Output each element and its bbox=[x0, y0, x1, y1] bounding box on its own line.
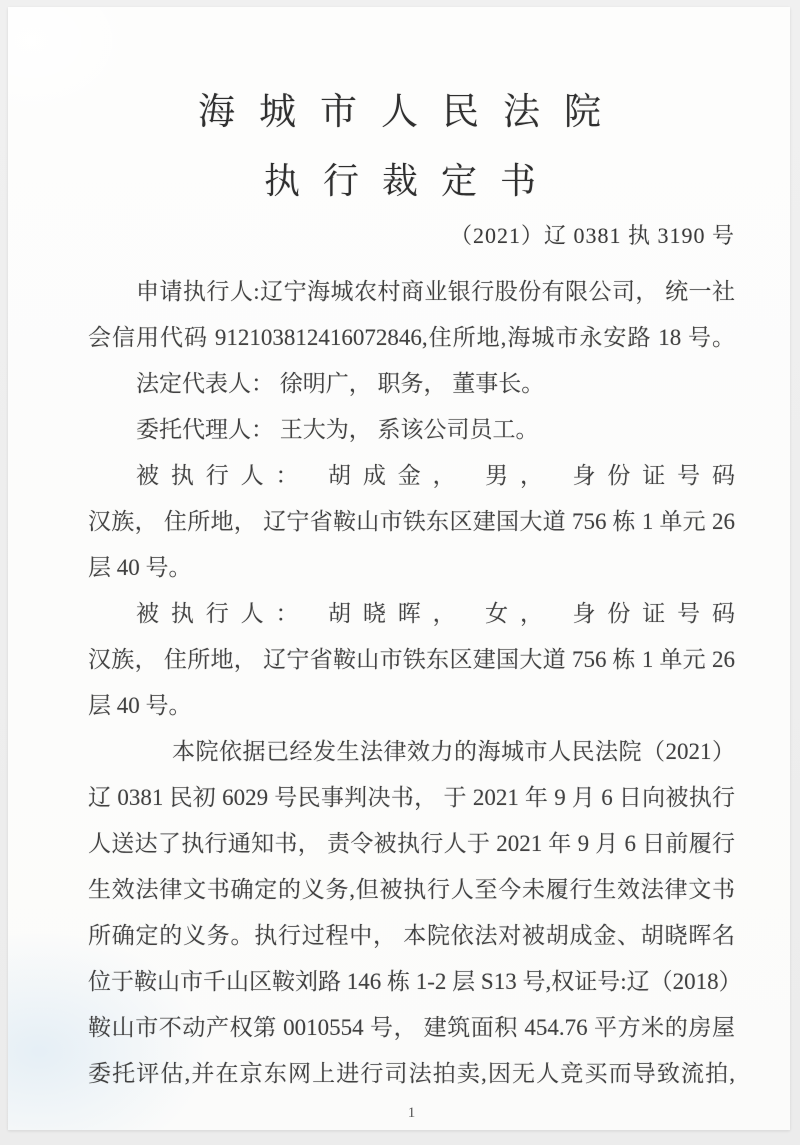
scanned-document-background: 海城市人民法院 执行裁定书 （2021）辽 0381 执 3190 号 申请执行… bbox=[0, 0, 800, 1145]
body-text-line: 层 40 号。 bbox=[88, 683, 735, 729]
document-content: 海城市人民法院 执行裁定书 （2021）辽 0381 执 3190 号 申请执行… bbox=[8, 89, 790, 1123]
body-text-line: 被执行人： 胡成金， 男， 身份证号码 210381198210096857， bbox=[88, 453, 735, 499]
body-text-line: 委托代理人： 王大为， 系该公司员工。 bbox=[88, 407, 735, 453]
body-text-line: 申请执行人:辽宁海城农村商业银行股份有限公司， 统一社 bbox=[88, 269, 735, 315]
body-text-line: 鞍山市不动产权第 0010554 号， 建筑面积 454.76 平方米的房屋 bbox=[88, 1005, 735, 1051]
body-text-line: 辽 0381 民初 6029 号民事判决书， 于 2021 年 9 月 6 日向… bbox=[88, 775, 735, 821]
body-text-line: 汉族， 住所地， 辽宁省鞍山市铁东区建国大道 756 栋 1 单元 26 bbox=[88, 637, 735, 683]
body-text-line: 会信用代码 912103812416072846,住所地,海城市永安路 18 号… bbox=[88, 315, 735, 361]
page-number: 1 bbox=[88, 1103, 735, 1123]
body-text-line: 本院依据已经发生法律效力的海城市人民法院（2021） bbox=[88, 729, 735, 775]
document-type-title: 执行裁定书 bbox=[88, 157, 735, 205]
body-text-line: 所确定的义务。执行过程中， 本院依法对被胡成金、胡晓晖名下 bbox=[88, 913, 735, 959]
document-body: 申请执行人:辽宁海城农村商业银行股份有限公司， 统一社 会信用代码 912103… bbox=[88, 269, 735, 1097]
body-text-line: 层 40 号。 bbox=[88, 545, 735, 591]
body-text-line: 位于鞍山市千山区鞍刘路 146 栋 1-2 层 S13 号,权证号:辽（2018… bbox=[88, 959, 735, 1005]
document-page: 海城市人民法院 执行裁定书 （2021）辽 0381 执 3190 号 申请执行… bbox=[8, 7, 790, 1130]
court-name-title: 海城市人民法院 bbox=[88, 89, 735, 137]
body-text-line: 法定代表人： 徐明广， 职务， 董事长。 bbox=[88, 361, 735, 407]
case-number: （2021）辽 0381 执 3190 号 bbox=[88, 221, 735, 251]
body-text-line: 人送达了执行通知书， 责令被执行人于 2021 年 9 月 6 日前履行 bbox=[88, 821, 735, 867]
body-text-line: 生效法律文书确定的义务,但被执行人至今未履行生效法律文书 bbox=[88, 867, 735, 913]
body-text-line: 委托评估,并在京东网上进行司法拍卖,因无人竞买而导致流拍, bbox=[88, 1051, 735, 1097]
body-text-line: 被执行人： 胡晓晖， 女， 身份证号码 210304198809191823， bbox=[88, 591, 735, 637]
body-text-line: 汉族， 住所地， 辽宁省鞍山市铁东区建国大道 756 栋 1 单元 26 bbox=[88, 499, 735, 545]
